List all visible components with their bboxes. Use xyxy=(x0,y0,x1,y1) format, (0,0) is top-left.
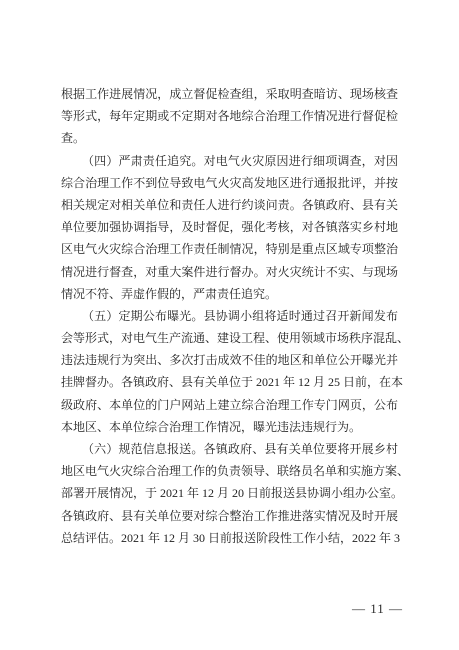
text-line: （四）严肃责任追究。对电气火灾原因进行细项调查，对因 xyxy=(61,150,398,172)
text-line: 单位要加强协调指导，及时督促，强化考核，对各镇落实乡村地 xyxy=(61,216,398,238)
text-line: 地区电气火灾综合治理工作的负责领导、联络员名单和实施方案、 xyxy=(61,460,398,482)
text-line: （五）定期公布曝光。县协调小组将适时通过召开新闻发布 xyxy=(61,305,398,327)
text-line: 挂牌督办。各镇政府、县有关单位于 2021 年 12 月 25 日前，在本 xyxy=(61,371,398,393)
text-line: 情况不符、弄虚作假的，严肃责任追究。 xyxy=(61,283,398,305)
text-line: 总结评估。2021 年 12 月 30 日前报送阶段性工作小结，2022 年 3 xyxy=(61,527,398,549)
page-number: — 11 — xyxy=(352,601,403,617)
text-line: 各镇政府、县有关单位要对综合整治工作推进落实情况及时开展 xyxy=(61,505,398,527)
paragraph: 根据工作进展情况，成立督促检查组，采取明查暗访、现场核查等形式，每年定期或不定期… xyxy=(61,83,398,150)
text-line: 等形式，每年定期或不定期对各地综合治理工作情况进行督促检 xyxy=(61,105,398,127)
text-block: 根据工作进展情况，成立督促检查组，采取明查暗访、现场核查等形式，每年定期或不定期… xyxy=(61,83,398,549)
text-line: 查。 xyxy=(61,127,398,149)
paragraph: （六）规范信息报送。各镇政府、县有关单位要将开展乡村地区电气火灾综合治理工作的负… xyxy=(61,438,398,549)
document-page: 根据工作进展情况，成立督促检查组，采取明查暗访、现场核查等形式，每年定期或不定期… xyxy=(0,0,459,650)
text-line: 情况进行督查，对重大案件进行督办。对火灾统计不实、与现场 xyxy=(61,261,398,283)
text-line: 违法违规行为突出、多次打击成效不佳的地区和单位公开曝光并 xyxy=(61,349,398,371)
paragraph: （五）定期公布曝光。县协调小组将适时通过召开新闻发布会等形式，对电气生产流通、建… xyxy=(61,305,398,438)
text-line: 本地区、本单位综合治理工作情况，曝光违法违规行为。 xyxy=(61,416,398,438)
text-line: 综合治理工作不到位导致电气火灾高发地区进行通报批评，并按 xyxy=(61,172,398,194)
text-line: 根据工作进展情况，成立督促检查组，采取明查暗访、现场核查 xyxy=(61,83,398,105)
paragraph: （四）严肃责任追究。对电气火灾原因进行细项调查，对因综合治理工作不到位导致电气火… xyxy=(61,150,398,305)
text-line: 相关规定对相关单位和责任人进行约谈问责。各镇政府、县有关 xyxy=(61,194,398,216)
text-line: 部署开展情况，于 2021 年 12 月 20 日前报送县协调小组办公室。 xyxy=(61,482,398,504)
text-line: 会等形式，对电气生产流通、建设工程、使用领域市场秩序混乱、 xyxy=(61,327,398,349)
text-line: 级政府、本单位的门户网站上建立综合治理工作专门网页，公布 xyxy=(61,394,398,416)
text-line: 区电气火灾综合治理工作责任制情况，特别是重点区域专项整治 xyxy=(61,238,398,260)
text-line: （六）规范信息报送。各镇政府、县有关单位要将开展乡村 xyxy=(61,438,398,460)
